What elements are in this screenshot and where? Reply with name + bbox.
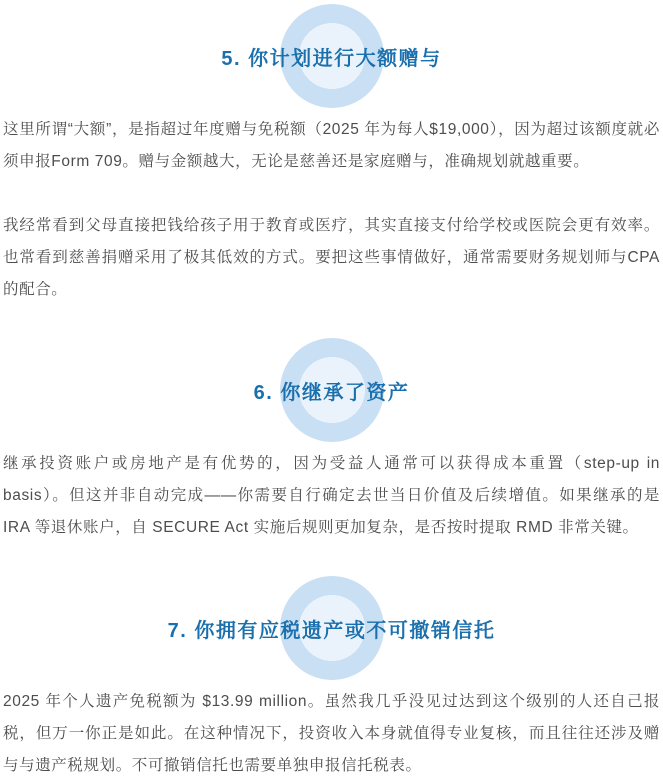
section-heading-6: 6. 你继承了资产	[254, 376, 410, 405]
article-body: 5. 你计划进行大额赠与 这里所谓“大额”，是指超过年度赠与免税额（2025 年…	[0, 0, 663, 782]
paragraph: 我经常看到父母直接把钱给孩子用于教育或医疗，其实直接支付给学校或医院会更有效率。…	[3, 210, 660, 306]
section-taxable-estate-trust: 7. 你拥有应税遗产或不可撤销信托 2025 年个人遗产免税额为 $13.99 …	[3, 576, 660, 782]
paragraph: 2025 年个人遗产免税额为 $13.99 million。虽然我几乎没见过达到…	[3, 686, 660, 782]
paragraph: 继承投资账户或房地产是有优势的，因为受益人通常可以获得成本重置（step-up …	[3, 448, 660, 544]
paragraph: 这里所谓“大额”，是指超过年度赠与免税额（2025 年为每人$19,000），因…	[3, 114, 660, 178]
section-large-gifts: 5. 你计划进行大额赠与 这里所谓“大额”，是指超过年度赠与免税额（2025 年…	[3, 4, 660, 306]
section-inherited-assets: 6. 你继承了资产 继承投资账户或房地产是有优势的，因为受益人通常可以获得成本重…	[3, 338, 660, 544]
section-header: 5. 你计划进行大额赠与	[3, 4, 660, 108]
section-header: 7. 你拥有应税遗产或不可撤销信托	[3, 576, 660, 680]
section-heading-7: 7. 你拥有应税遗产或不可撤销信托	[168, 614, 496, 643]
section-heading-5: 5. 你计划进行大额赠与	[221, 42, 441, 71]
section-header: 6. 你继承了资产	[3, 338, 660, 442]
